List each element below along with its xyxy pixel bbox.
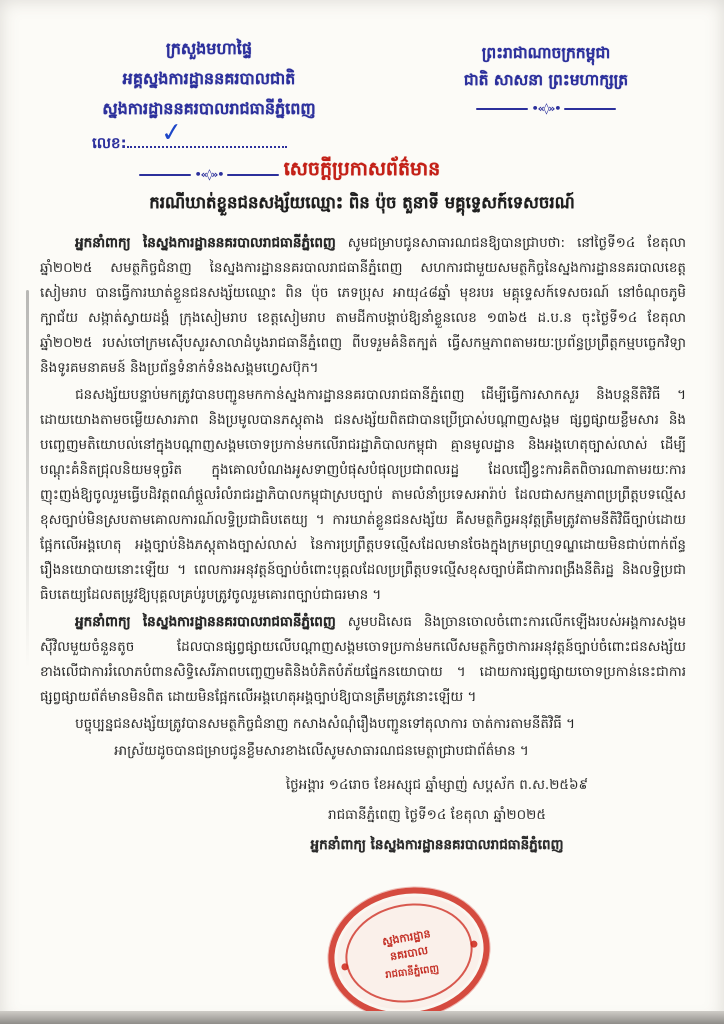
paragraph-2: ជនសង្ស័យបន្ទាប់មកត្រូវបានបញ្ជូនមកកាន់ស្ន… <box>40 383 686 608</box>
divider-line-segment <box>227 174 279 176</box>
paragraph-4: បច្ចុប្បន្នជនសង្ស័យត្រូវបានសមត្ថកិច្ចជំន… <box>40 712 686 737</box>
document-header: ក្រសួងមហាផ្ទៃ អគ្គស្នងការដ្ឋាននគរបាលជាតិ… <box>0 0 724 181</box>
paragraph-4-text: បច្ចុប្បន្នជនសង្ស័យត្រូវបានសមត្ថកិច្ចជំន… <box>75 716 575 732</box>
scan-artifact-left-edge <box>26 290 29 710</box>
stamp-text-line3: រាជធានីភ្នំពេញ <box>384 961 439 982</box>
divider-knot-icon: •«◊»• <box>532 102 561 115</box>
scanned-press-release-page: ក្រសួងមហាផ្ទៃ អគ្គស្នងការដ្ឋាននគរបាលជាតិ… <box>0 0 724 1024</box>
divider-line-segment <box>476 108 528 110</box>
ornament-divider-right: •«◊»• <box>461 102 631 115</box>
stamp-inner-ring: ស្នងការដ្ឋាន នគរបាល រាជធានីភ្នំពេញ <box>337 894 480 1013</box>
kingdom-motto-line1: ព្រះរាជាណាចក្រកម្ពុជា <box>396 40 696 67</box>
official-red-stamp: ស្នងការដ្ឋាន នគរបាល រាជធានីភ្នំពេញ <box>318 875 500 1024</box>
paragraph-5: អាស្រ័យដូចបានជម្រាបជូនខ្លឹមសារខាងលើសូមសា… <box>40 739 686 764</box>
signature-title-line: អ្នកនាំពាក្យ នៃស្នងការដ្ឋាននគរបាលរាជធានី… <box>150 830 724 860</box>
divider-knot-icon: •«◊»• <box>195 168 224 181</box>
divider-line-segment <box>139 174 191 176</box>
checkmark-mark: ✓ <box>159 117 184 149</box>
ministry-name: ក្រសួងមហាផ្ទៃ <box>34 34 384 64</box>
divider-line-segment <box>564 108 616 110</box>
lunar-date-line: ថ្ងៃអង្គារ ១៤រោច ខែអស្សុជ ឆ្នាំម្សាញ់ សប… <box>150 770 724 800</box>
scan-artifact-bottom-edge <box>0 1011 724 1024</box>
kingdom-motto-line2: ជាតិ សាសនា ព្រះមហាក្សត្រ <box>396 67 696 94</box>
paragraph-1: អ្នកនាំពាក្យ នៃស្នងការដ្ឋាននគរបាលរាជធានី… <box>40 231 686 381</box>
paragraph-3-lead: អ្នកនាំពាក្យ នៃស្នងការដ្ឋាននគរបាលរាជធានី… <box>75 614 336 630</box>
stamp-dot-icon <box>470 940 478 948</box>
phnom-penh-police-commissariat: ស្នងការដ្ឋាននគរបាលរាជធានីភ្នំពេញ <box>34 94 384 124</box>
paragraph-1-lead: អ្នកនាំពាក្យ នៃស្នងការដ្ឋាននគរបាលរាជធានី… <box>75 235 336 251</box>
press-release-subtitle: ករណីឃាត់ខ្លួនជនសង្ស័យឈ្មោះ ពិន ប៉ុច តួនា… <box>0 193 724 217</box>
ornament-divider-left: •«◊»• <box>109 168 309 181</box>
document-number-line: លេខ:✓ <box>34 134 384 156</box>
closing-block: ថ្ងៃអង្គារ ១៤រោច ខែអស្សុជ ឆ្នាំម្សាញ់ សប… <box>0 770 724 860</box>
document-body: អ្នកនាំពាក្យ នៃស្នងការដ្ឋាននគរបាលរាជធានី… <box>0 217 724 764</box>
letterhead-right: ព្រះរាជាណាចក្រកម្ពុជា ជាតិ សាសនា ព្រះមហា… <box>396 34 696 181</box>
paragraph-2-text: ជនសង្ស័យបន្ទាប់មកត្រូវបានបញ្ជូនមកកាន់ស្ន… <box>40 387 686 603</box>
paragraph-5-text: អាស្រ័យដូចបានជម្រាបជូនខ្លឹមសារខាងលើសូមសា… <box>114 743 529 759</box>
paragraph-1-text: សូមជម្រាបជូនសាធារណជនឱ្យបានជ្រាបថា: នៅថ្ង… <box>40 235 686 376</box>
number-label: លេខ: <box>92 134 127 152</box>
paragraph-3: អ្នកនាំពាក្យ នៃស្នងការដ្ឋាននគរបាលរាជធានី… <box>40 610 686 710</box>
place-date-line: រាជធានីភ្នំពេញ ថ្ងៃទី១៤ ខែតុលា ឆ្នាំ២០២៥ <box>150 800 724 830</box>
national-police-commissariat: អគ្គស្នងការដ្ឋាននគរបាលជាតិ <box>34 64 384 94</box>
number-dotted-line: ✓ <box>127 134 287 148</box>
